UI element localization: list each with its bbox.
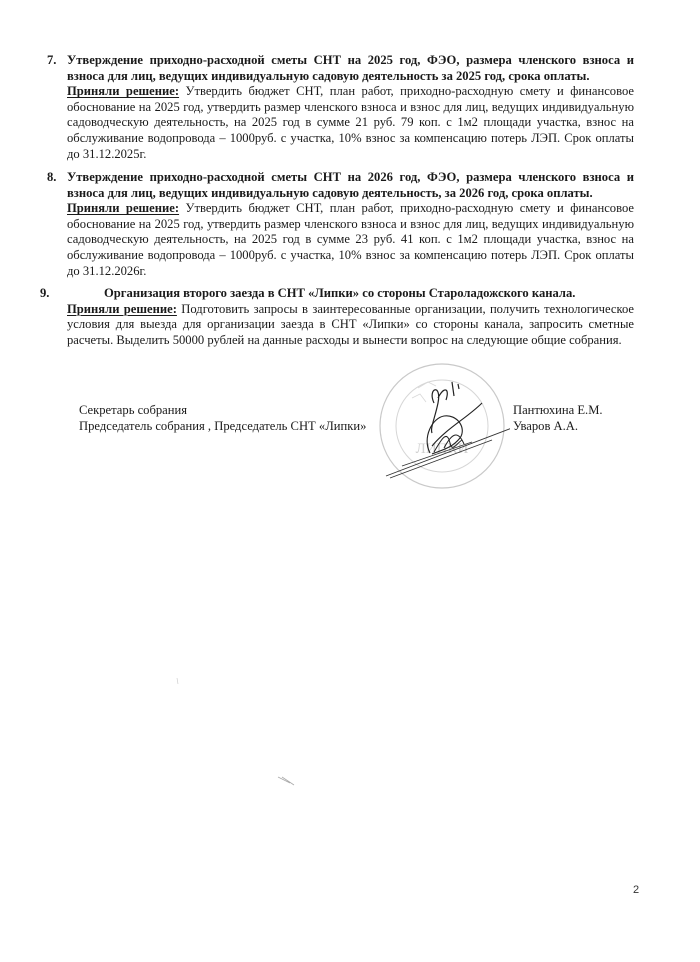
- chairman-name: Уваров А.А.: [513, 419, 603, 435]
- stamp-with-signature: ЛИПКИ: [372, 358, 510, 496]
- scan-artifact-icon: [276, 773, 306, 793]
- item-decision: Приняли решение: Утвердить бюджет СНТ, п…: [67, 201, 634, 279]
- page-number: 2: [633, 884, 639, 896]
- signature-labels: Секретарь собрания Председатель собрания…: [79, 403, 366, 434]
- item-decision: Приняли решение: Утвердить бюджет СНТ, п…: [67, 84, 634, 162]
- stamp-seal-icon: ЛИПКИ: [372, 358, 510, 496]
- item-number: 7.: [47, 53, 56, 69]
- chairman-label: Председатель собрания , Председатель СНТ…: [79, 419, 366, 435]
- item-title: Утверждение приходно-расходной сметы СНТ…: [67, 170, 634, 201]
- secretary-label: Секретарь собрания: [79, 403, 366, 419]
- item-title: Утверждение приходно-расходной сметы СНТ…: [67, 53, 634, 84]
- scan-speck-icon: [174, 676, 184, 688]
- item-title: Организация второго заезда в СНТ «Липки»…: [67, 286, 634, 302]
- decision-label: Приняли решение:: [67, 302, 177, 316]
- item-number: 8.: [47, 170, 56, 186]
- decision-label: Приняли решение:: [67, 201, 179, 215]
- signature-names: Пантюхина Е.М. Уваров А.А.: [513, 403, 603, 434]
- item-decision: Приняли решение: Подготовить запросы в з…: [67, 302, 634, 349]
- secretary-name: Пантюхина Е.М.: [513, 403, 603, 419]
- decision-label: Приняли решение:: [67, 84, 179, 98]
- item-number: 9.: [40, 286, 49, 302]
